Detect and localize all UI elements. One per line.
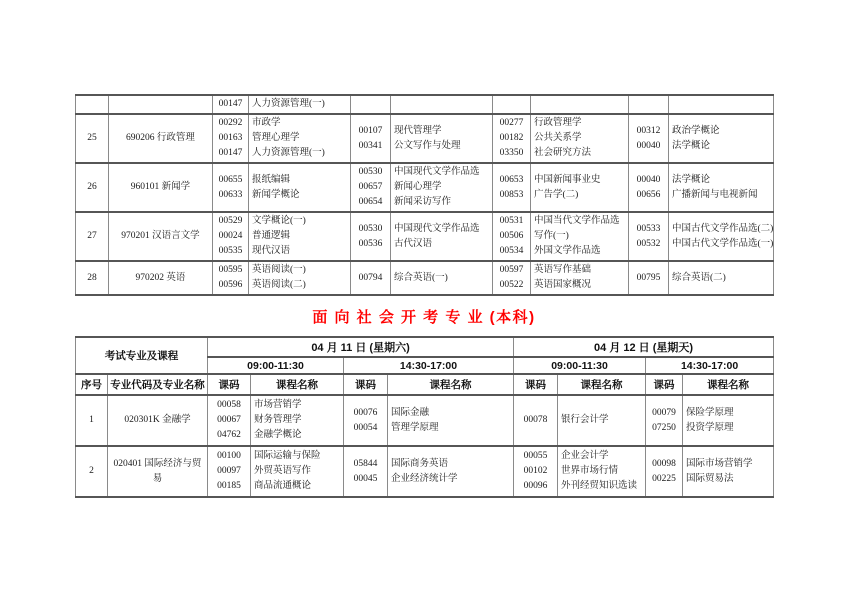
course-code: 00533 (632, 222, 665, 237)
course-code-cell: 0007907250 (646, 395, 683, 446)
course-code: 00312 (632, 124, 665, 139)
course-name-cell: 国际商务英语企业经济统计学 (388, 446, 514, 497)
course-code: 00076 (347, 406, 384, 421)
course-name: 公文写作与处理 (394, 139, 489, 154)
serial-number-cell: 2 (76, 446, 108, 497)
course-code: 07250 (649, 421, 679, 436)
course-name-cell (531, 95, 629, 114)
course-code: 00853 (496, 188, 527, 203)
header-course-name-3: 课程名称 (558, 374, 646, 395)
course-code-cell: 0584400045 (344, 446, 388, 497)
upper-table-row: 25690206 行政管理002920016300147市政学管理心理学人力资源… (76, 114, 774, 163)
course-name: 现代汉语 (252, 244, 347, 259)
course-code: 00067 (211, 413, 247, 428)
course-name: 英语写作基础 (534, 263, 625, 278)
upper-table-row: 00147人力资源管理(一) (76, 95, 774, 114)
course-code-cell: 00078 (514, 395, 558, 446)
course-name: 政治学概论 (672, 124, 770, 139)
course-code: 00054 (347, 421, 384, 436)
header-course-name-2: 课程名称 (388, 374, 514, 395)
course-code: 00655 (216, 173, 245, 188)
course-name: 新闻心理学 (394, 180, 489, 195)
course-code: 00596 (216, 278, 245, 293)
course-name: 财务管理学 (254, 413, 340, 428)
course-code: 00292 (216, 116, 245, 131)
course-code: 00100 (211, 449, 247, 464)
course-code: 00185 (211, 479, 247, 494)
course-code: 00654 (354, 195, 387, 210)
course-code: 00277 (496, 116, 527, 131)
course-code: 00341 (354, 139, 387, 154)
header-exam-major-course: 考试专业及课程 (76, 337, 208, 374)
course-code: 00078 (517, 413, 554, 428)
course-name: 国际运输与保险 (254, 449, 340, 464)
course-code-cell: 0009800225 (646, 446, 683, 497)
serial-number-cell (76, 95, 109, 114)
course-code: 00633 (216, 188, 245, 203)
course-name-cell: 中国现代文学作品选新闻心理学新闻采访写作 (391, 163, 493, 212)
course-name-cell: 国际运输与保险外贸英语写作商品流通概论 (251, 446, 344, 497)
course-name-cell: 银行会计学 (558, 395, 646, 446)
course-code: 00656 (632, 188, 665, 203)
course-name: 综合英语(一) (394, 271, 489, 286)
course-code-cell (493, 95, 531, 114)
course-name-cell: 法学概论广播新闻与电视新闻 (669, 163, 774, 212)
header-course-name-1: 课程名称 (251, 374, 344, 395)
course-code: 00795 (632, 271, 665, 286)
course-code: 00522 (496, 278, 527, 293)
course-name-cell: 综合英语(一) (391, 261, 493, 295)
course-name-cell: 市政学管理心理学人力资源管理(一) (249, 114, 351, 163)
course-code: 00040 (632, 173, 665, 188)
course-code-cell (629, 95, 669, 114)
course-code-cell: 0065300853 (493, 163, 531, 212)
lower-table-row: 1020301K 金融学000580006704762市场营销学财务管理学金融学… (76, 395, 774, 446)
course-name: 世界市场行情 (561, 464, 642, 479)
course-code-cell: 0065500633 (213, 163, 249, 212)
lower-exam-schedule-table: 考试专业及课程04 月 11 日 (星期六)04 月 12 日 (星期天)09:… (75, 336, 774, 498)
course-name: 中国古代文学作品选(一) (672, 237, 770, 252)
major-code-name-cell: 690206 行政管理 (109, 114, 213, 163)
course-name: 普通逻辑 (252, 229, 347, 244)
serial-number-cell: 1 (76, 395, 108, 446)
course-code: 00530 (354, 222, 387, 237)
course-code-cell: 000580006704762 (208, 395, 251, 446)
header-course-code-2: 课码 (344, 374, 388, 395)
course-name-cell: 中国古代文学作品选(二)中国古代文学作品选(一) (669, 212, 774, 261)
header-major-code-name: 专业代码及专业名称 (108, 374, 208, 395)
course-code: 00024 (216, 229, 245, 244)
course-name: 外刊经贸知识选读 (561, 479, 642, 494)
course-code-cell: 00795 (629, 261, 669, 295)
upper-table-row: 26960101 新闻学0065500633报纸编辑新闻学概论005300065… (76, 163, 774, 212)
course-name-cell: 国际金融管理学原理 (388, 395, 514, 446)
course-name-cell: 市场营销学财务管理学金融学概论 (251, 395, 344, 446)
course-code-cell: 0053000536 (351, 212, 391, 261)
course-code: 00794 (354, 271, 387, 286)
serial-number-cell: 28 (76, 261, 109, 295)
course-name: 中国古代文学作品选(二) (672, 222, 770, 237)
course-code: 00163 (216, 131, 245, 146)
course-code: 00597 (496, 263, 527, 278)
course-name-cell: 中国当代文学作品选写作(一)外国文学作品选 (531, 212, 629, 261)
header-date-day1: 04 月 11 日 (星期六) (208, 337, 514, 357)
course-name: 写作(一) (534, 229, 625, 244)
course-name: 商品流通概论 (254, 479, 340, 494)
course-code-cell: 0004000656 (629, 163, 669, 212)
course-code: 00595 (216, 263, 245, 278)
course-code-cell: 0031200040 (629, 114, 669, 163)
course-code: 00536 (354, 237, 387, 252)
course-name: 国际贸易法 (686, 472, 770, 487)
course-code: 04762 (211, 428, 247, 443)
course-name: 中国现代文学作品选 (394, 165, 489, 180)
course-name: 中国现代文学作品选 (394, 222, 489, 237)
course-name-cell: 中国新闻事业史广告学(二) (531, 163, 629, 212)
course-code: 00102 (517, 464, 554, 479)
course-name: 公共关系学 (534, 131, 625, 146)
course-name: 人力资源管理(一) (252, 97, 347, 112)
course-code: 00055 (517, 449, 554, 464)
course-code: 00107 (354, 124, 387, 139)
upper-table-row: 27970201 汉语言文学005290002400535文学概论(一)普通逻辑… (76, 212, 774, 261)
course-name: 新闻学概论 (252, 188, 347, 203)
header-date-day2: 04 月 12 日 (星期天) (514, 337, 774, 357)
course-code-cell: 00147 (213, 95, 249, 114)
course-name: 国际金融 (391, 406, 510, 421)
major-code-name-cell: 960101 新闻学 (109, 163, 213, 212)
major-code-name-cell: 970201 汉语言文学 (109, 212, 213, 261)
course-code: 00225 (649, 472, 679, 487)
course-name: 广告学(二) (534, 188, 625, 203)
course-code-cell: 005300065700654 (351, 163, 391, 212)
course-code: 00097 (211, 464, 247, 479)
course-name-cell (669, 95, 774, 114)
course-name: 英语阅读(二) (252, 278, 347, 293)
course-name: 古代汉语 (394, 237, 489, 252)
course-name: 综合英语(二) (672, 271, 770, 286)
course-code-cell: 0010700341 (351, 114, 391, 163)
course-name: 国际市场营销学 (686, 457, 770, 472)
course-name-cell: 现代管理学公文写作与处理 (391, 114, 493, 163)
course-name-cell: 中国现代文学作品选古代汉语 (391, 212, 493, 261)
course-code: 00531 (496, 214, 527, 229)
course-code: 00653 (496, 173, 527, 188)
course-name-cell: 综合英语(二) (669, 261, 774, 295)
header-timeslot-day1-2: 14:30-17:00 (344, 357, 514, 374)
course-name: 法学概论 (672, 139, 770, 154)
course-code: 05844 (347, 457, 384, 472)
course-code: 00535 (216, 244, 245, 259)
course-name: 社会研究方法 (534, 146, 625, 161)
course-name: 中国新闻事业史 (534, 173, 625, 188)
course-code: 00058 (211, 398, 247, 413)
course-code: 00534 (496, 244, 527, 259)
serial-number-cell: 26 (76, 163, 109, 212)
serial-number-cell: 25 (76, 114, 109, 163)
course-code: 00532 (632, 237, 665, 252)
course-name-cell: 英语写作基础英语国家概况 (531, 261, 629, 295)
course-code-cell: 0053300532 (629, 212, 669, 261)
course-name: 管理心理学 (252, 131, 347, 146)
major-code-name-cell: 020401 国际经济与贸易 (108, 446, 208, 497)
course-code-cell: 0007600054 (344, 395, 388, 446)
course-name-cell: 保险学原理投资学原理 (683, 395, 774, 446)
course-name: 投资学原理 (686, 421, 770, 436)
course-name: 广播新闻与电视新闻 (672, 188, 770, 203)
course-code: 00506 (496, 229, 527, 244)
course-code: 03350 (496, 146, 527, 161)
course-code-cell: 000550010200096 (514, 446, 558, 497)
course-name: 外国文学作品选 (534, 244, 625, 259)
course-name: 管理学原理 (391, 421, 510, 436)
header-course-code-1: 课码 (208, 374, 251, 395)
header-serial-number: 序号 (76, 374, 108, 395)
course-name: 英语阅读(一) (252, 263, 347, 278)
course-name: 企业经济统计学 (391, 472, 510, 487)
course-name: 企业会计学 (561, 449, 642, 464)
course-code: 00182 (496, 131, 527, 146)
course-name-cell: 文学概论(一)普通逻辑现代汉语 (249, 212, 351, 261)
course-name-cell: 国际市场营销学国际贸易法 (683, 446, 774, 497)
header-timeslot-day2-1: 09:00-11:30 (514, 357, 646, 374)
header-date-row: 考试专业及课程04 月 11 日 (星期六)04 月 12 日 (星期天) (76, 337, 774, 357)
course-name: 市政学 (252, 116, 347, 131)
course-name: 新闻采访写作 (394, 195, 489, 210)
course-name-cell (391, 95, 493, 114)
course-code-cell: 0059700522 (493, 261, 531, 295)
header-timeslot-day1-1: 09:00-11:30 (208, 357, 344, 374)
course-code: 00040 (632, 139, 665, 154)
course-name-cell: 企业会计学世界市场行情外刊经贸知识选读 (558, 446, 646, 497)
section-title: 面 向 社 会 开 考 专 业 (本科) (75, 306, 773, 327)
course-code-cell: 005310050600534 (493, 212, 531, 261)
course-code: 00045 (347, 472, 384, 487)
course-code-cell: 002920016300147 (213, 114, 249, 163)
header-column-labels-row: 序号专业代码及专业名称课码课程名称课码课程名称课码课程名称课码课程名称 (76, 374, 774, 395)
course-name-cell: 报纸编辑新闻学概论 (249, 163, 351, 212)
header-course-code-4: 课码 (646, 374, 683, 395)
course-name-cell: 英语阅读(一)英语阅读(二) (249, 261, 351, 295)
course-code-cell: 001000009700185 (208, 446, 251, 497)
course-name: 外贸英语写作 (254, 464, 340, 479)
course-name: 英语国家概况 (534, 278, 625, 293)
course-name: 行政管理学 (534, 116, 625, 131)
course-code: 00098 (649, 457, 679, 472)
course-name-cell: 政治学概论法学概论 (669, 114, 774, 163)
course-code: 00657 (354, 180, 387, 195)
course-code: 00096 (517, 479, 554, 494)
upper-table-row: 28970202 英语0059500596英语阅读(一)英语阅读(二)00794… (76, 261, 774, 295)
course-code-cell: 00794 (351, 261, 391, 295)
course-name: 金融学概论 (254, 428, 340, 443)
upper-exam-schedule-table: 00147人力资源管理(一)25690206 行政管理0029200163001… (75, 94, 774, 296)
course-name-cell: 行政管理学公共关系学社会研究方法 (531, 114, 629, 163)
major-code-name-cell: 020301K 金融学 (108, 395, 208, 446)
major-code-name-cell (109, 95, 213, 114)
course-name: 人力资源管理(一) (252, 146, 347, 161)
course-code-cell: 0059500596 (213, 261, 249, 295)
exam-schedule-page: 00147人力资源管理(一)25690206 行政管理0029200163001… (0, 0, 841, 595)
major-code-name-cell: 970202 英语 (109, 261, 213, 295)
course-name: 国际商务英语 (391, 457, 510, 472)
course-code: 00147 (216, 146, 245, 161)
header-timeslot-day2-2: 14:30-17:00 (646, 357, 774, 374)
course-name: 中国当代文学作品选 (534, 214, 625, 229)
course-code: 00529 (216, 214, 245, 229)
header-course-name-4: 课程名称 (683, 374, 774, 395)
course-name: 报纸编辑 (252, 173, 347, 188)
course-code-cell (351, 95, 391, 114)
course-name: 文学概论(一) (252, 214, 347, 229)
course-name-cell: 人力资源管理(一) (249, 95, 351, 114)
course-name: 现代管理学 (394, 124, 489, 139)
lower-table-row: 2020401 国际经济与贸易001000009700185国际运输与保险外贸英… (76, 446, 774, 497)
course-code: 00079 (649, 406, 679, 421)
header-course-code-3: 课码 (514, 374, 558, 395)
course-code: 00530 (354, 165, 387, 180)
serial-number-cell: 27 (76, 212, 109, 261)
course-code-cell: 005290002400535 (213, 212, 249, 261)
page-content: 00147人力资源管理(一)25690206 行政管理0029200163001… (75, 94, 773, 498)
course-code-cell: 002770018203350 (493, 114, 531, 163)
course-code: 00147 (216, 97, 245, 112)
course-name: 保险学原理 (686, 406, 770, 421)
course-name: 市场营销学 (254, 398, 340, 413)
course-name: 银行会计学 (561, 413, 642, 428)
course-name: 法学概论 (672, 173, 770, 188)
